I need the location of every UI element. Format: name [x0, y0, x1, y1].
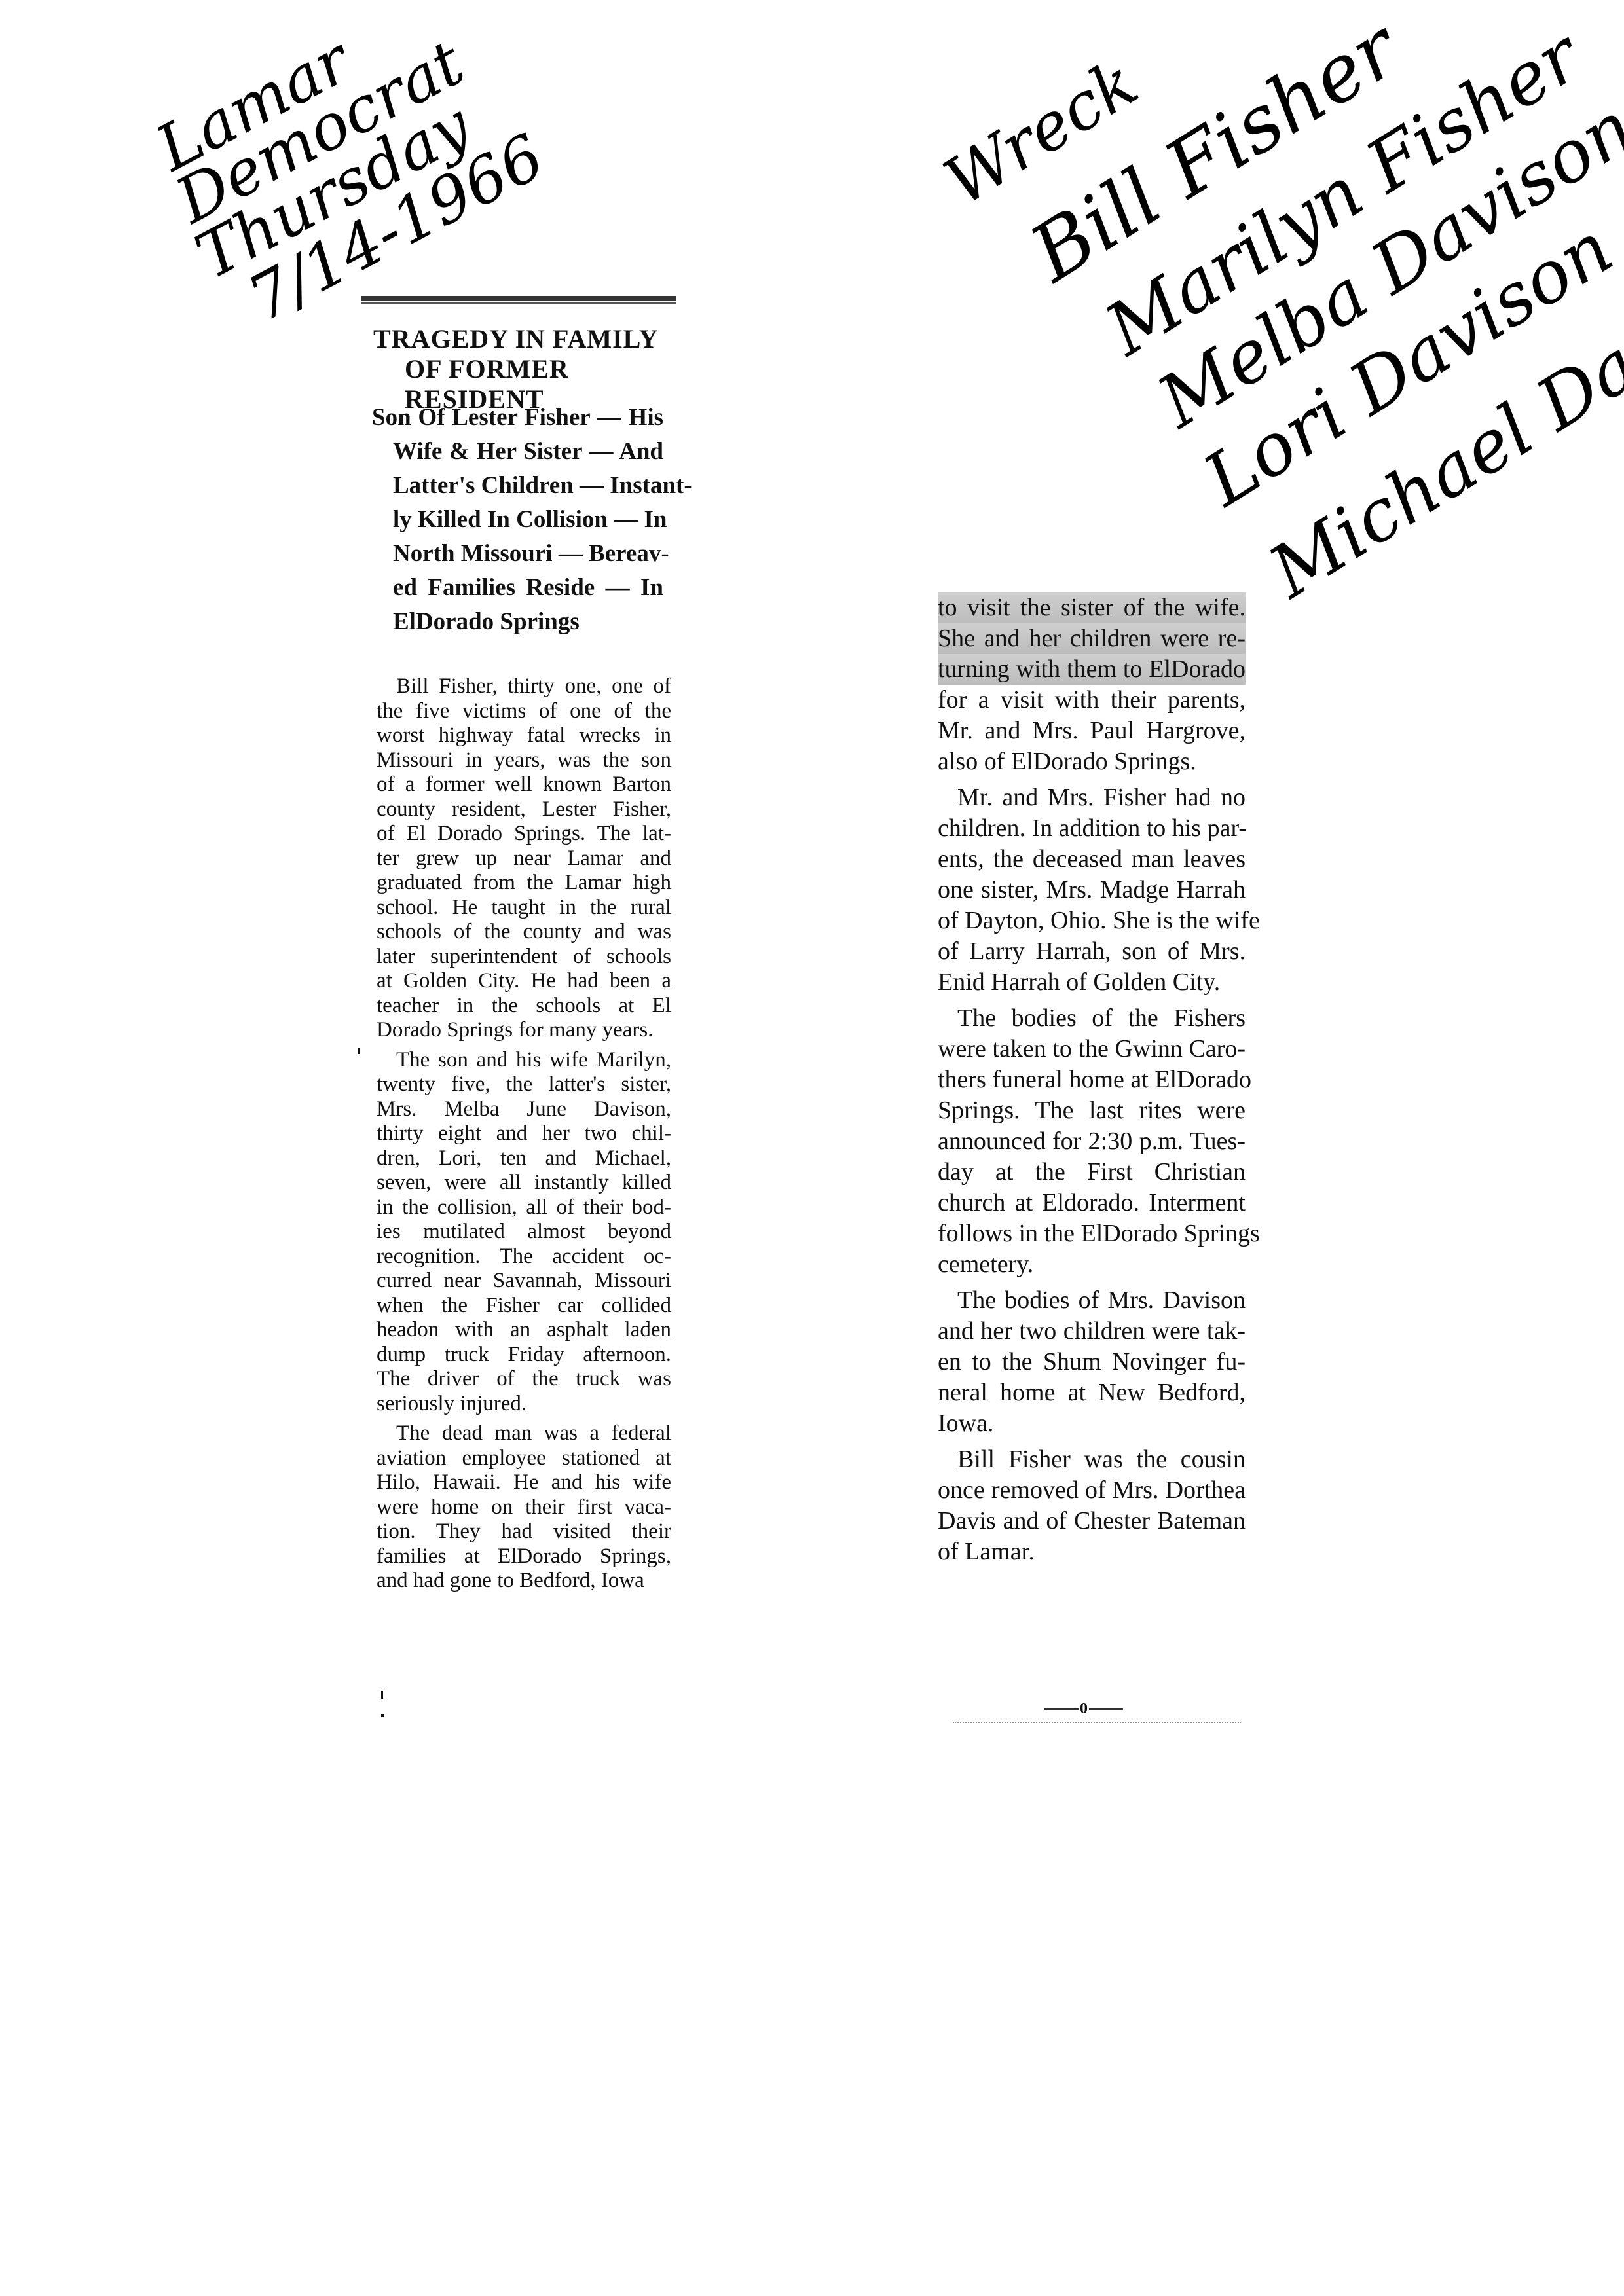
text-line: dren, Lori, ten and Michael,	[377, 1146, 671, 1171]
text-line: Mrs. Melba June Davison,	[377, 1097, 671, 1122]
text-line: dump truck Friday afternoon.	[377, 1343, 671, 1368]
text-line: of Larry Harrah, son of Mrs.	[938, 936, 1246, 967]
paragraph: to visit the sister of the wife.She and …	[938, 592, 1246, 777]
text-line: ents, the deceased man leaves	[938, 844, 1246, 875]
text-line: thirty eight and her two chil-	[377, 1121, 671, 1146]
text-line: seven, were all instantly killed	[377, 1171, 671, 1195]
text-line: turning with them to ElDorado	[938, 654, 1246, 685]
paragraph: The dead man was a federalaviation emplo…	[377, 1421, 671, 1594]
text-line: twenty five, the latter's sister,	[377, 1072, 671, 1097]
paragraph: The bodies of the Fisherswere taken to t…	[938, 1003, 1246, 1280]
text-line: Bill Fisher, thirty one, one of	[377, 674, 671, 699]
subheadline-line: Latter's Children — Instant-	[393, 469, 663, 503]
text-line: later superintendent of schools	[377, 945, 671, 970]
text-line: The driver of the truck was	[377, 1367, 671, 1392]
text-line: tion. They had visited their	[377, 1520, 671, 1544]
article-column-right: to visit the sister of the wife.She and …	[938, 592, 1246, 1567]
paragraph: The bodies of Mrs. Davisonand her two ch…	[938, 1285, 1246, 1439]
text-line: Iowa.	[938, 1408, 1246, 1439]
text-line: recognition. The accident oc-	[377, 1245, 671, 1269]
text-line: when the Fisher car collided	[377, 1294, 671, 1319]
text-line: of Dayton, Ohio. She is the wife	[938, 905, 1246, 936]
text-line: Davis and of Chester Bateman	[938, 1506, 1246, 1537]
text-line: Dorado Springs for many years.	[377, 1018, 671, 1043]
text-line: aviation employee stationed at	[377, 1446, 671, 1471]
text-line: once removed of Mrs. Dorthea	[938, 1475, 1246, 1506]
text-line: at Golden City. He had been a	[377, 969, 671, 994]
text-line: day at the First Christian	[938, 1157, 1246, 1188]
text-line: were taken to the Gwinn Caro-	[938, 1034, 1246, 1065]
paragraph: Bill Fisher, thirty one, one ofthe five …	[377, 674, 671, 1043]
text-line: one sister, Mrs. Madge Harrah	[938, 875, 1246, 905]
text-line: county resident, Lester Fisher,	[377, 797, 671, 822]
scan-speck	[358, 1048, 360, 1054]
text-line: follows in the ElDorado Springs	[938, 1218, 1246, 1249]
text-line: Enid Harrah of Golden City.	[938, 967, 1246, 998]
article-column-left: Bill Fisher, thirty one, one ofthe five …	[377, 674, 671, 1594]
text-line: graduated from the Lamar high	[377, 871, 671, 896]
text-line: cemetery.	[938, 1249, 1246, 1280]
text-line: The son and his wife Marilyn,	[377, 1048, 671, 1073]
subheadline-line: ly Killed In Collision — In	[393, 503, 663, 537]
text-line: of Lamar.	[938, 1537, 1246, 1567]
text-line: of a former well known Barton	[377, 773, 671, 797]
text-line: of El Dorado Springs. The lat-	[377, 822, 671, 847]
subheadline-line: Wife & Her Sister — And	[393, 435, 663, 469]
text-line: in the collision, all of their bod-	[377, 1195, 671, 1220]
text-line: families at ElDorado Springs,	[377, 1544, 671, 1569]
subheadline-line: ElDorado Springs	[393, 605, 663, 639]
paragraph: Bill Fisher was the cousinonce removed o…	[938, 1444, 1246, 1567]
paragraph: Mr. and Mrs. Fisher had nochildren. In a…	[938, 782, 1246, 998]
text-line: seriously injured.	[377, 1392, 671, 1417]
text-line: The dead man was a federal	[377, 1421, 671, 1446]
text-line: Mr. and Mrs. Paul Hargrove,	[938, 716, 1246, 746]
text-line: and her two children were tak-	[938, 1316, 1246, 1347]
text-line: and had gone to Bedford, Iowa	[377, 1569, 671, 1594]
text-line: Bill Fisher was the cousin	[938, 1444, 1246, 1475]
text-line: The bodies of Mrs. Davison	[938, 1285, 1246, 1316]
text-line: were home on their first vaca-	[377, 1495, 671, 1520]
subheadline-line: North Missouri — Bereav-	[393, 537, 663, 571]
bottom-rule	[953, 1722, 1241, 1724]
scan-speck	[381, 1691, 383, 1699]
text-line: for a visit with their parents,	[938, 685, 1246, 716]
text-line: en to the Shum Novinger fu-	[938, 1347, 1246, 1377]
scan-speck	[381, 1714, 384, 1717]
subheadline-line: ed Families Reside — In	[393, 571, 663, 605]
text-line: ter grew up near Lamar and	[377, 847, 671, 871]
text-line: curred near Savannah, Missouri	[377, 1269, 671, 1294]
text-line: neral home at New Bedford,	[938, 1377, 1246, 1408]
text-line: She and her children were re-	[938, 623, 1246, 654]
text-line: thers funeral home at ElDorado	[938, 1065, 1246, 1095]
text-line: school. He taught in the rural	[377, 896, 671, 920]
paragraph: The son and his wife Marilyn,twenty five…	[377, 1048, 671, 1417]
headline-line-1: TRAGEDY IN FAMILY	[373, 324, 659, 354]
text-line: Mr. and Mrs. Fisher had no	[938, 782, 1246, 813]
subheadline-line: Son Of Lester Fisher — His	[372, 401, 663, 435]
top-rule	[361, 296, 676, 301]
text-line: church at Eldorado. Interment	[938, 1188, 1246, 1218]
text-line: also of ElDorado Springs.	[938, 746, 1246, 777]
subheadline: Son Of Lester Fisher — HisWife & Her Sis…	[372, 401, 663, 639]
text-line: Missouri in years, was the son	[377, 748, 671, 773]
top-rule-thin	[361, 302, 676, 304]
text-line: schools of the county and was	[377, 920, 671, 945]
text-line: Springs. The last rites were	[938, 1095, 1246, 1126]
text-line: to visit the sister of the wife.	[938, 592, 1246, 623]
end-of-article-mark: 0	[1044, 1702, 1123, 1715]
text-line: children. In addition to his par-	[938, 813, 1246, 844]
text-line: worst highway fatal wrecks in	[377, 723, 671, 748]
text-line: the five victims of one of the	[377, 699, 671, 724]
text-line: headon with an asphalt laden	[377, 1318, 671, 1343]
text-line: Hilo, Hawaii. He and his wife	[377, 1470, 671, 1495]
text-line: teacher in the schools at El	[377, 994, 671, 1019]
text-line: announced for 2:30 p.m. Tues-	[938, 1126, 1246, 1157]
text-line: The bodies of the Fishers	[938, 1003, 1246, 1034]
text-line: ies mutilated almost beyond	[377, 1220, 671, 1245]
